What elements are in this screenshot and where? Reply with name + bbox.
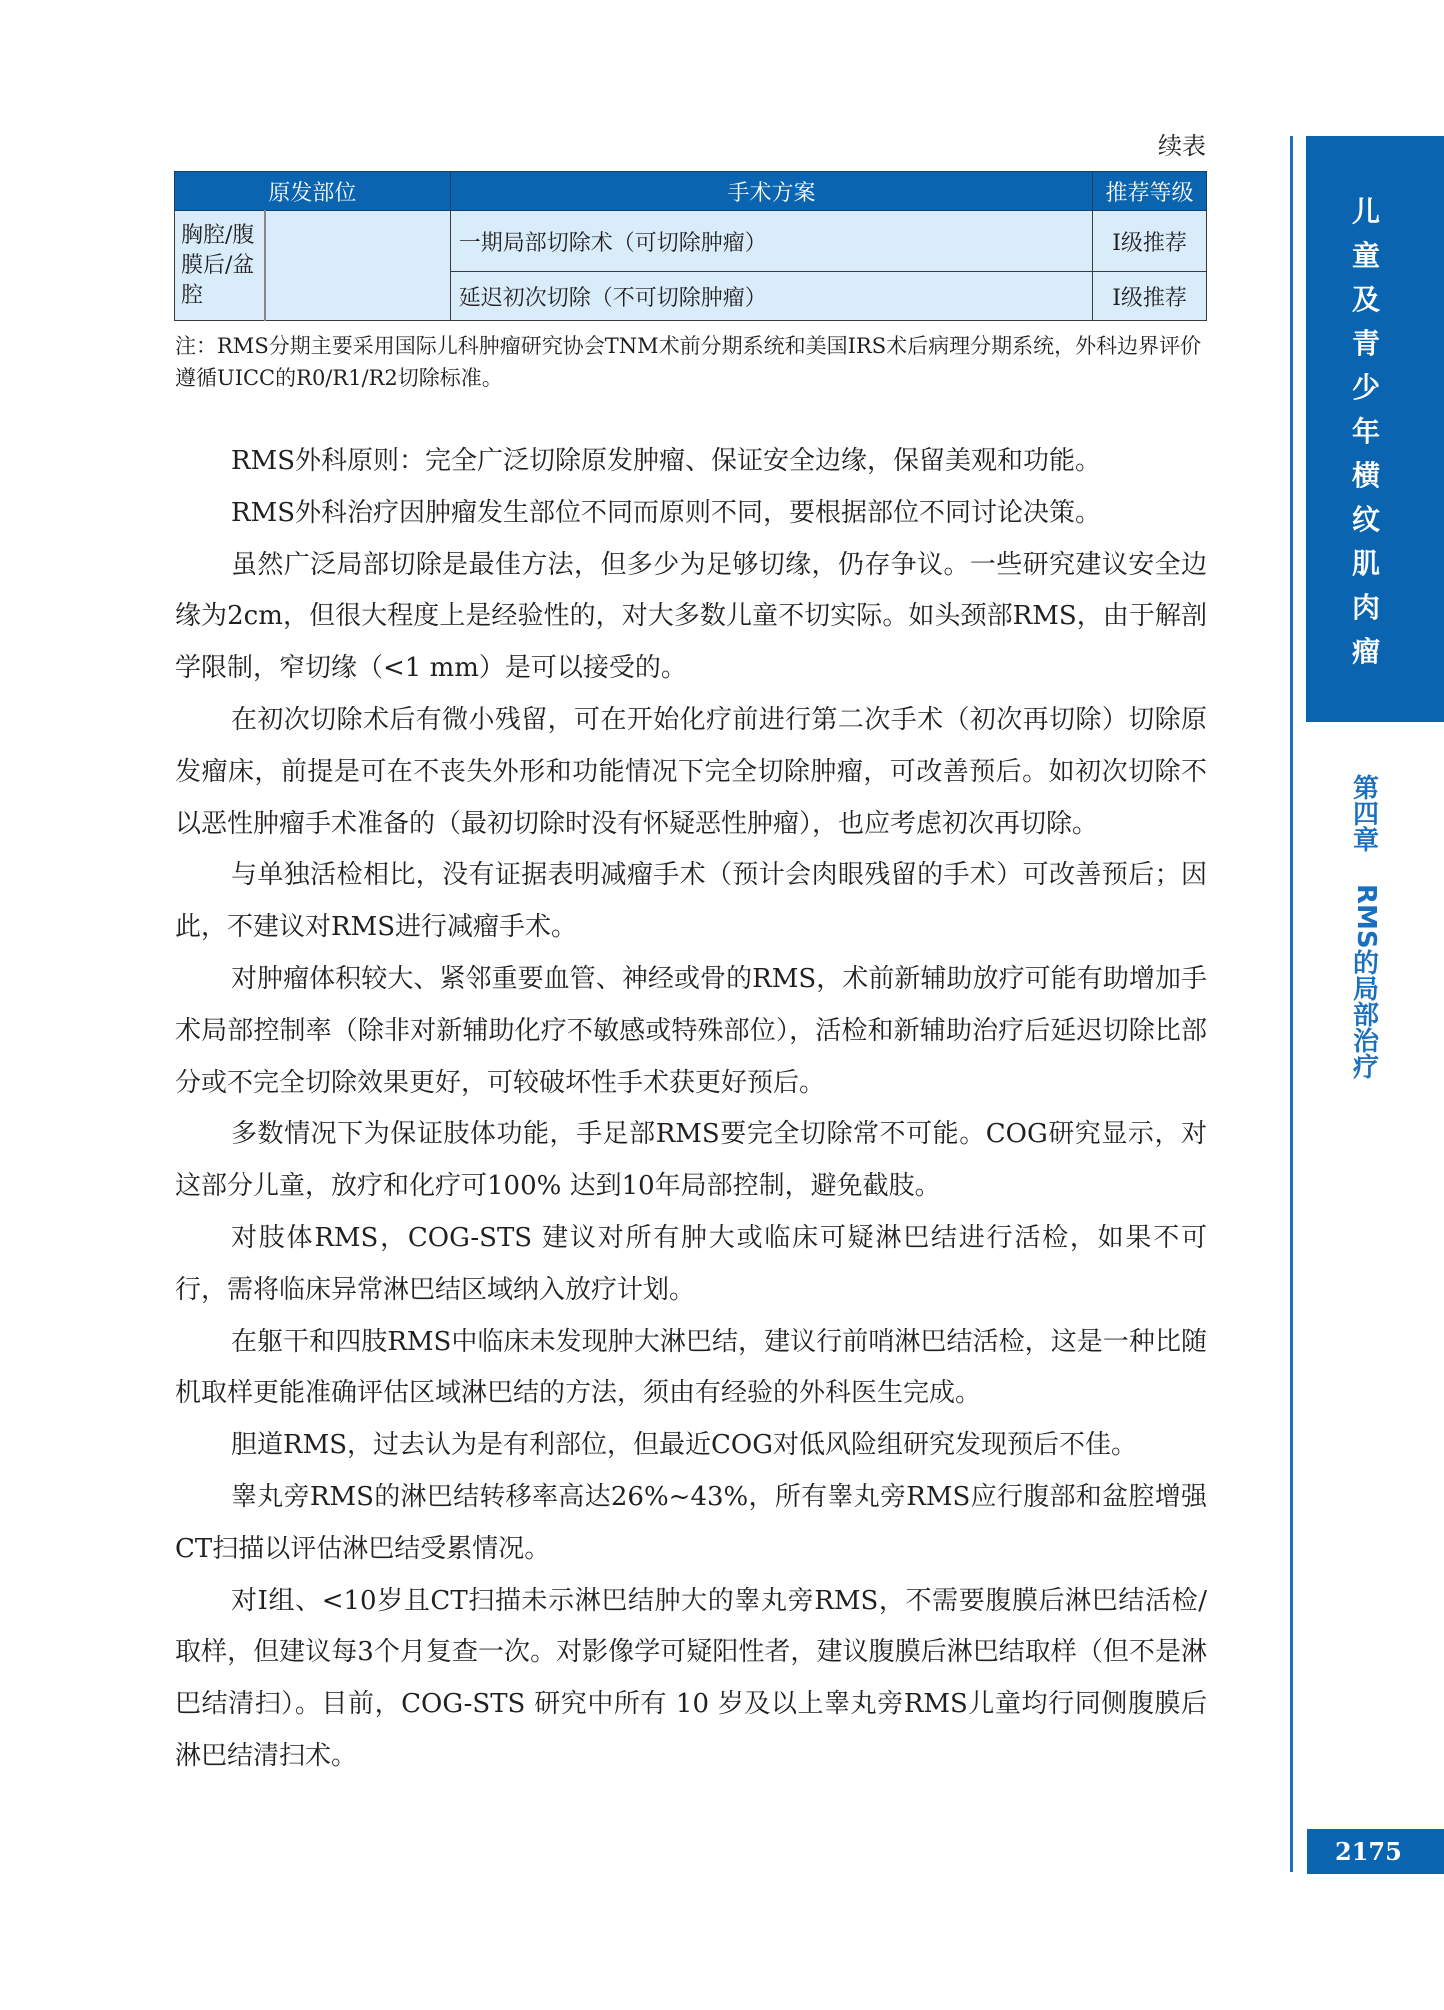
table-header-row: 原发部位 手术方案 推荐等级: [175, 172, 1207, 211]
paragraph: 在躯干和四肢RMS中临床未发现肿大淋巴结，建议行前哨淋巴结活检，这是一种比随机取…: [175, 1317, 1207, 1421]
chapter-char: 章: [1350, 828, 1382, 854]
title-char: 横: [1346, 454, 1386, 498]
paragraph: RMS外科治疗因肿瘤发生部位不同而原则不同，要根据部位不同讨论决策。: [175, 488, 1207, 540]
title-char: 青: [1346, 322, 1386, 366]
header-recommendation-level: 推荐等级: [1093, 172, 1207, 211]
paragraph: 对Ⅰ组、<10岁且CT扫描未示淋巴结肿大的睾丸旁RMS，不需要腹膜后淋巴结活检/…: [175, 1576, 1207, 1783]
paragraph: 与单独活检相比，没有证据表明减瘤手术（预计会肉眼残留的手术）可改善预后；因此，不…: [175, 850, 1207, 954]
chapter-char: 的: [1350, 951, 1382, 977]
continued-table-label: 续表: [1158, 131, 1206, 161]
chapter-char: 四: [1350, 802, 1382, 828]
header-primary-site: 原发部位: [175, 172, 451, 211]
paragraph: 对肢体RMS，COG-STS 建议对所有肿大或临床可疑淋巴结进行活检，如果不可行…: [175, 1213, 1207, 1317]
plan-cell: 一期局部切除术（可切除肿瘤）: [450, 211, 1092, 272]
page-number: 2175: [1335, 1829, 1402, 1874]
chapter-rms: RMS: [1350, 884, 1382, 949]
paragraph: RMS外科原则：完全广泛切除原发肿瘤、保证安全边缘，保留美观和功能。: [175, 436, 1207, 488]
chapter-char: 第: [1350, 776, 1382, 802]
chapter-char: 疗: [1350, 1055, 1382, 1081]
table-note: 注：RMS分期主要采用国际儿科肿瘤研究协会TNM术前分期系统和美国IRS术后病理…: [175, 330, 1207, 394]
level-cell: Ⅰ级推荐: [1093, 272, 1207, 321]
surgery-table: 原发部位 手术方案 推荐等级 胸腔/腹膜后/盆腔 一期局部切除术（可切除肿瘤） …: [174, 171, 1207, 321]
title-char: 瘤: [1346, 630, 1386, 674]
title-char: 肉: [1346, 586, 1386, 630]
chapter-heading: 第 四 章 RMS 的 局 部 治 疗: [1350, 776, 1382, 1081]
margin-divider-line: [1290, 136, 1293, 1872]
level-cell: Ⅰ级推荐: [1093, 211, 1207, 272]
book-title: 儿 童 及 青 少 年 横 纹 肌 肉 瘤: [1346, 190, 1386, 674]
title-char: 纹: [1346, 498, 1386, 542]
primary-site-cell: 胸腔/腹膜后/盆腔: [175, 211, 266, 321]
paragraph: 虽然广泛局部切除是最佳方法，但多少为足够切缘，仍存争议。一些研究建议安全边缘为2…: [175, 540, 1207, 695]
title-char: 儿: [1346, 190, 1386, 234]
paragraph: 多数情况下为保证肢体功能，手足部RMS要完全切除常不可能。COG研究显示，对这部…: [175, 1109, 1207, 1213]
header-surgical-plan: 手术方案: [450, 172, 1092, 211]
plan-cell: 延迟初次切除（不可切除肿瘤）: [450, 272, 1092, 321]
paragraph: 胆道RMS，过去认为是有利部位，但最近COG对低风险组研究发现预后不佳。: [175, 1420, 1207, 1472]
table-row: 胸腔/腹膜后/盆腔 一期局部切除术（可切除肿瘤） Ⅰ级推荐: [175, 211, 1207, 272]
chapter-char: 局: [1350, 977, 1382, 1003]
title-char: 及: [1346, 278, 1386, 322]
body-text: RMS外科原则：完全广泛切除原发肿瘤、保证安全边缘，保留美观和功能。 RMS外科…: [175, 436, 1207, 1783]
chapter-char: 治: [1350, 1029, 1382, 1055]
title-char: 年: [1346, 410, 1386, 454]
paragraph: 睾丸旁RMS的淋巴结转移率高达26%~43%，所有睾丸旁RMS应行腹部和盆腔增强…: [175, 1472, 1207, 1576]
page-number-box: 2175: [1307, 1829, 1444, 1874]
empty-cell: [265, 211, 450, 321]
chapter-char: 部: [1350, 1003, 1382, 1029]
title-char: 肌: [1346, 542, 1386, 586]
title-char: 童: [1346, 234, 1386, 278]
paragraph: 在初次切除术后有微小残留，可在开始化疗前进行第二次手术（初次再切除）切除原发瘤床…: [175, 695, 1207, 850]
paragraph: 对肿瘤体积较大、紧邻重要血管、神经或骨的RMS，术前新辅助放疗可能有助增加手术局…: [175, 954, 1207, 1109]
title-char: 少: [1346, 366, 1386, 410]
chapter-number: 第 四 章: [1350, 776, 1382, 854]
